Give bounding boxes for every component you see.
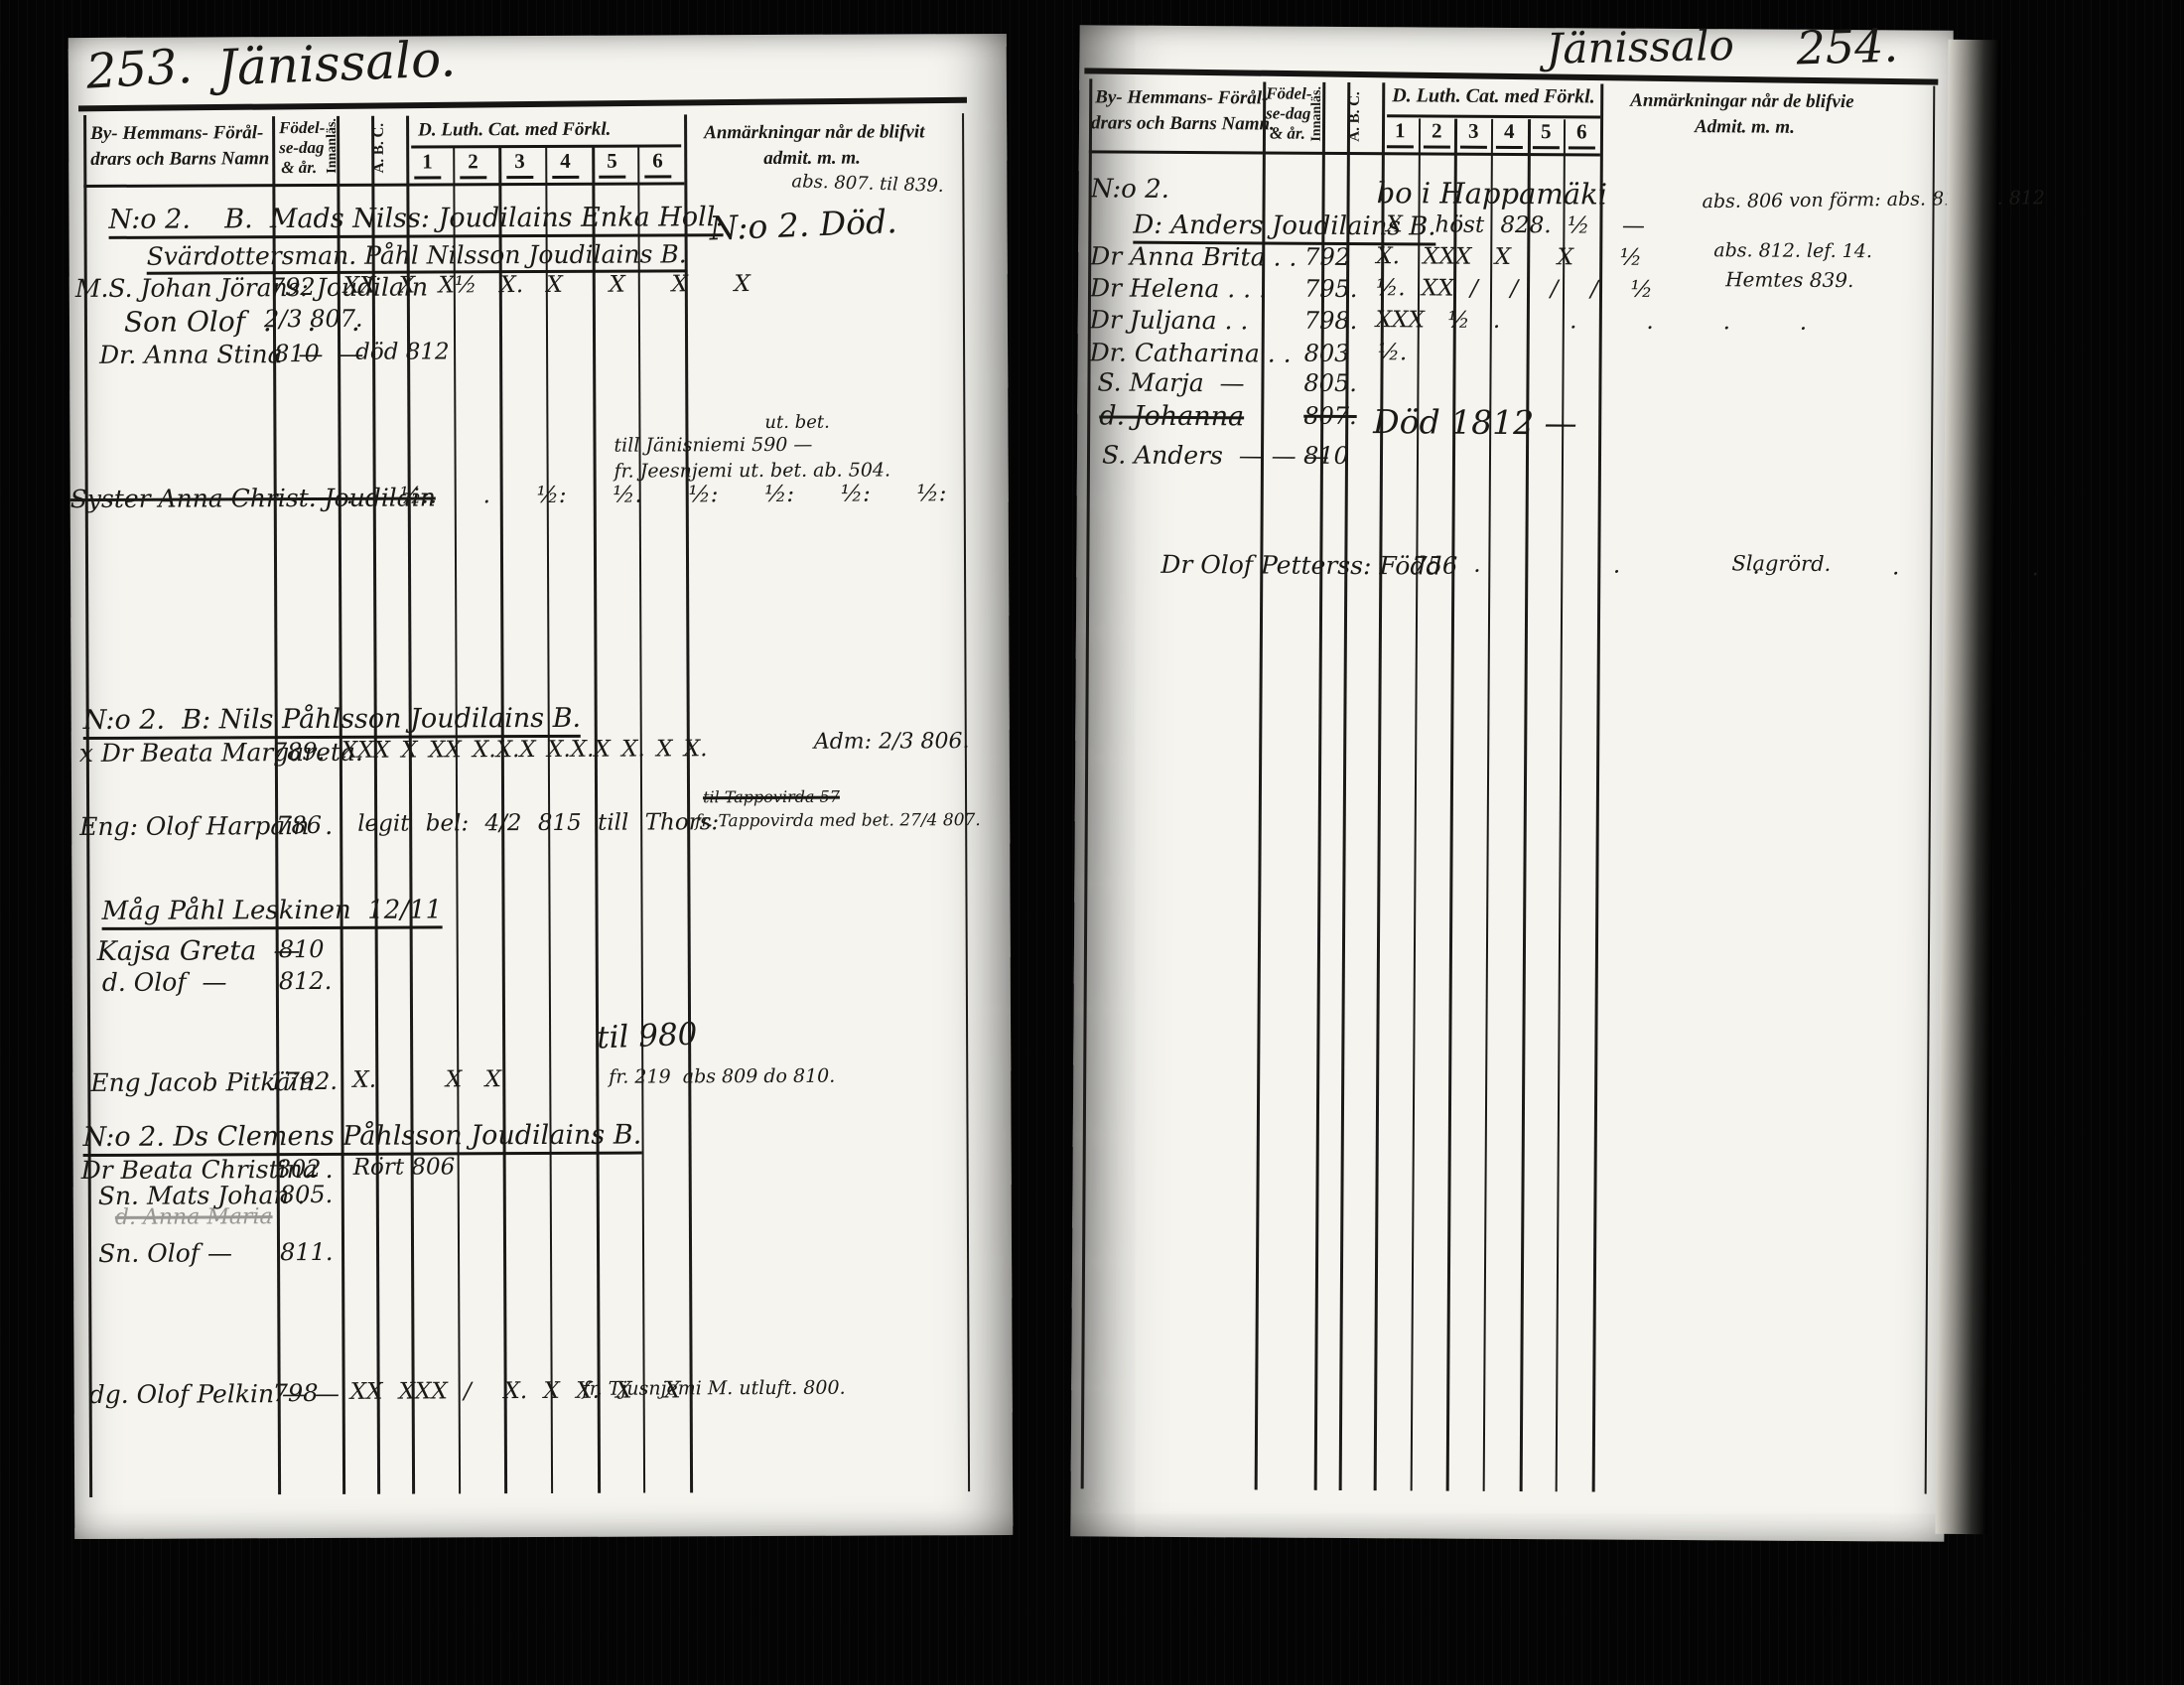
entry-birth-year: 811.	[280, 1238, 334, 1266]
entry-birth-year: 812.	[279, 967, 333, 995]
annotation: Adm: 2/3 806.	[814, 729, 970, 755]
left-page-number: 253.	[84, 39, 194, 100]
table-row: Dr. Anna Stina — — 810 död 812	[69, 337, 1008, 378]
entry-name: S. Anders — — —	[1102, 440, 1329, 470]
entry-birth-year: 795.	[1304, 275, 1358, 303]
entry-birth-year: 803	[1304, 340, 1350, 367]
entry-marks: legit bel: 4/2 815 till Thors:	[357, 809, 719, 837]
entry-birth-year: 786	[276, 811, 322, 839]
col-header-birth-3: & år.	[1270, 123, 1305, 143]
table-row: d. Johanna 807. Död 1812 —	[1077, 400, 1951, 443]
cat-col-2: 2	[1424, 118, 1450, 148]
annotation: fr. 219 abs 809 do 810.	[609, 1065, 835, 1088]
annotation: Slagrörd.	[1731, 551, 1831, 576]
col-header-notes-2: admit. m. m.	[763, 148, 861, 170]
entry-name: d. Olof —	[102, 967, 227, 997]
table-row: Eng Jacob Pitkäin 1792. X. X X	[72, 1064, 1011, 1106]
col-header-names-1: By- Hemmans- Förål-	[1095, 86, 1268, 109]
entry-name: Dr Olof Petterss: Född	[1160, 550, 1441, 581]
col-header-birth-2: se-dag	[279, 138, 324, 158]
title-underline	[78, 97, 967, 112]
table-row: Syster Anna Christ. Joudilain . ½:. . ½:…	[70, 481, 1009, 522]
cat-col-3: 3	[1460, 119, 1487, 149]
cat-col-4: 4	[1496, 119, 1523, 149]
table-row: Måg Påhl Leskinen 12/11	[71, 893, 1010, 934]
entry-name: d. Johanna	[1099, 400, 1244, 432]
entry-name: Dr Juljana . .	[1090, 305, 1249, 335]
entry-birth-year: 805.	[1303, 369, 1357, 397]
entry-marks: XX X X½ X. X X X X	[343, 271, 751, 299]
entry-name: N:o 2. B. Mads Nilss: Joudilains Enka Ho…	[108, 202, 724, 239]
col-header-notes-1: Anmärkningar når de blifvie	[1630, 90, 1854, 113]
cat-col-4: 4	[552, 149, 579, 179]
entry-marks: X höst 828. ½ —	[1386, 211, 1645, 239]
annotation: til 980	[596, 1017, 698, 1056]
annotation: fr. Tjusnjemi M. utluft. 800.	[583, 1377, 846, 1400]
annotation: Hemtes 839.	[1725, 267, 1853, 292]
entry-birth-year: 802	[276, 1155, 322, 1183]
entry-name: Dr Anna Brita . .	[1090, 241, 1297, 271]
entry-birth-year: 798.	[1304, 307, 1358, 335]
book-photo: 253. Jänissalo. By- Hemmans- Förål- drar…	[0, 0, 2184, 1685]
cat-col-5: 5	[1533, 119, 1560, 149]
cat-col-6: 6	[1569, 119, 1595, 149]
entry-name: Dr Helena . . .	[1090, 273, 1267, 303]
annotation: abs. 807. til 839.	[791, 171, 944, 197]
table-row: d. Olof — 812.	[72, 964, 1011, 1006]
entry-marks: bo i Happamäki	[1377, 176, 1608, 211]
entry-marks: X. XXX X X ½	[1376, 243, 1642, 271]
entry-birth-year: 756	[1412, 551, 1457, 579]
annotation: til Tappovirda 57	[703, 787, 840, 807]
entry-name: N:o 2. Ds Clemens Påhlsson Joudilains B.	[82, 1120, 641, 1157]
entry-name: Måg Påhl Leskinen 12/11	[101, 895, 442, 929]
entry-marks: XXX X XX X.X.X X.X.X X. X X.	[341, 736, 708, 764]
annotation: fr. Tappovirda med bet. 27/4 807.	[695, 810, 981, 831]
entry-marks: . ½:. . ½: ½. ½: ½: ½: ½:	[346, 481, 947, 509]
entry-name: S. Marja —	[1097, 367, 1244, 397]
entry-birth-year: 789.	[272, 738, 326, 766]
entry-name: N:o 2.	[1091, 174, 1169, 204]
entry-marks: ½. XX / / / / ½	[1376, 275, 1653, 303]
cat-col-1: 1	[414, 149, 441, 179]
right-page-title: Jänissalo	[1546, 21, 1734, 73]
entry-birth-year: 810	[1303, 442, 1349, 470]
entry-name: N:o 2. B: Nils Påhlsson Joudilains B.	[83, 703, 582, 740]
col-header-names-1: By- Hemmans- Förål-	[90, 122, 263, 145]
entry-birth-year: 810	[274, 340, 320, 367]
entry-birth-year: 792	[1304, 243, 1350, 271]
cat-col-3: 3	[506, 149, 533, 179]
entry-name: d. Anna Maria	[115, 1204, 273, 1230]
entry-name: Sn. Olof —	[98, 1238, 232, 1268]
annotation: N:o 2. Död.	[709, 202, 897, 247]
right-page: Jänissalo 254. By- Hemmans- Förål- drars…	[1070, 25, 1953, 1541]
cat-col-6: 6	[644, 148, 671, 178]
table-row: Sn. Olof — 811.	[73, 1235, 1012, 1277]
entry-birth-year: 792	[270, 273, 316, 301]
entry-marks: ½.	[1378, 340, 1408, 365]
entry-birth-year: 798	[273, 1379, 319, 1407]
col-header-birth-1: Födel-	[1266, 83, 1311, 103]
entry-name: Svärdottersman. Påhl Nilsson Joudilains …	[147, 239, 687, 274]
entry-birth-year: 810	[279, 935, 325, 963]
cat-col-2: 2	[460, 149, 486, 179]
entry-marks: Död 1812 —	[1373, 402, 1577, 442]
header-bottom-rule	[1089, 150, 1600, 156]
entry-marks: XXX ½ . . . . .	[1376, 307, 1807, 336]
entry-name: Dr. Anna Stina — —	[99, 340, 363, 369]
col-header-catechism: D. Luth. Cat. med Förkl.	[418, 119, 611, 142]
entry-birth-year: 807.	[1303, 402, 1357, 430]
entry-marks: död 812	[355, 339, 450, 364]
annotation: till Jänisniemi 590 —	[614, 434, 812, 457]
col-header-names-2: drars och Barns Namn.	[1091, 112, 1275, 135]
entry-name: Kajsa Greta —	[97, 935, 301, 967]
col-header-birth-2: se-dag	[1266, 103, 1310, 123]
col-header-birth-3: & år.	[281, 158, 317, 178]
right-page-number: 254.	[1796, 19, 1899, 75]
left-page: 253. Jänissalo. By- Hemmans- Förål- drar…	[68, 34, 1014, 1539]
entry-marks: Rört 806	[353, 1154, 456, 1180]
col-header-birth-1: Födel-	[279, 118, 325, 138]
table-row: S. Anders — — — 810	[1077, 440, 1951, 483]
cat-col-1: 1	[1387, 118, 1414, 148]
entry-name: Dr. Catharina . .	[1090, 338, 1292, 367]
col-header-names-2: drars och Barns Namn	[90, 148, 269, 171]
left-page-title: Jänissalo.	[216, 30, 457, 96]
annotation: fr. Jeesnjemi ut. bet. ab. 504.	[614, 459, 891, 482]
cat-col-5: 5	[599, 149, 625, 179]
annotation: ut. bet.	[764, 412, 829, 433]
entry-birth-year: 1792.	[269, 1067, 338, 1095]
entry-marks: X. X X	[352, 1066, 501, 1093]
col-header-notes-1: Anmärkningar når de blifvit	[704, 121, 924, 144]
table-row: dg. Olof Pelkin — — 798 XX XXX / X. X X.…	[74, 1376, 1013, 1418]
annotation: abs. 812. lef. 14.	[1713, 239, 1872, 262]
col-header-catechism: D. Luth. Cat. med Förkl.	[1392, 84, 1595, 108]
entry-birth-year: 2/3 807.	[264, 305, 363, 333]
col-header-notes-2: Admit. m. m.	[1695, 116, 1795, 139]
